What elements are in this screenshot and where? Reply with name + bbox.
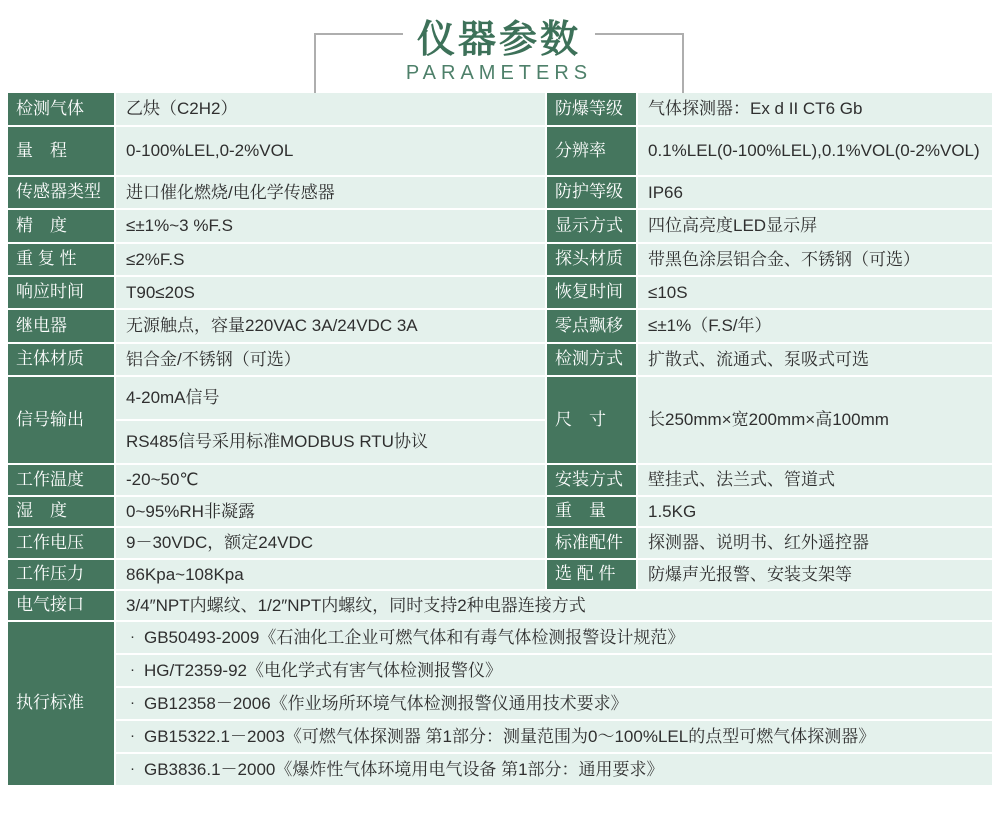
spec-value: 0.1%LEL(0-100%LEL),0.1%VOL(0-2%VOL) xyxy=(638,127,992,175)
standard-item-text: HG/T2359-92《电化学式有害气体检测报警仪》 xyxy=(144,660,502,681)
standard-item-text: GB15322.1－2003《可燃气体探测器 第1部分：测量范围为0～100%L… xyxy=(144,726,875,747)
spec-value: 0-100%LEL,0-2%VOL xyxy=(116,127,545,175)
spec-value: ≤10S xyxy=(638,277,992,308)
spec-value: ≤±1%（F.S/年） xyxy=(638,310,992,342)
spec-label: 标准配件 xyxy=(547,528,636,558)
spec-label: 恢复时间 xyxy=(547,277,636,308)
spec-label: 零点飘移 xyxy=(547,310,636,342)
spec-value: 0~95%RH非凝露 xyxy=(116,497,545,526)
spec-value-dimensions: 长250mm×宽200mm×高100mm xyxy=(638,377,992,463)
spec-value: 探测器、说明书、红外遥控器 xyxy=(638,528,992,558)
standard-item: · GB50493-2009《石油化工企业可燃气体和有毒气体检测报警设计规范》 xyxy=(116,622,992,653)
page-subtitle: PARAMETERS xyxy=(316,62,682,85)
spec-label: 量 程 xyxy=(8,127,114,175)
spec-value: 9－30VDC，额定24VDC xyxy=(116,528,545,558)
spec-label: 精 度 xyxy=(8,210,114,242)
spec-value: 86Kpa~108Kpa xyxy=(116,560,545,589)
spec-label: 检测气体 xyxy=(8,93,114,125)
spec-label: 工作压力 xyxy=(8,560,114,589)
bullet-icon: · xyxy=(130,628,135,647)
spec-value: T90≤20S xyxy=(116,277,545,308)
bullet-icon: · xyxy=(130,694,135,713)
spec-value-signal-line1: 4-20mA信号 xyxy=(116,377,545,419)
spec-value: 防爆声光报警、安装支架等 xyxy=(638,560,992,589)
bullet-icon: · xyxy=(130,661,135,680)
spec-label: 工作温度 xyxy=(8,465,114,495)
spec-value: 1.5KG xyxy=(638,497,992,526)
spec-value-signal-line2: RS485信号采用标准MODBUS RTU协议 xyxy=(116,421,545,463)
spec-value: 无源触点，容量220VAC 3A/24VDC 3A xyxy=(116,310,545,342)
standard-item-text: GB3836.1－2000《爆炸性气体环境用电气设备 第1部分：通用要求》 xyxy=(144,759,664,780)
spec-label: 继电器 xyxy=(8,310,114,342)
spec-value: 乙炔（C2H2） xyxy=(116,93,545,125)
spec-value: 壁挂式、法兰式、管道式 xyxy=(638,465,992,495)
spec-label-electrical-interface: 电气接口 xyxy=(8,591,114,620)
standard-item-text: GB12358－2006《作业场所环境气体检测报警仪通用技术要求》 xyxy=(144,693,628,714)
standard-item: · GB15322.1－2003《可燃气体探测器 第1部分：测量范围为0～100… xyxy=(116,721,992,752)
spec-value: IP66 xyxy=(638,177,992,208)
standard-item: · GB12358－2006《作业场所环境气体检测报警仪通用技术要求》 xyxy=(116,688,992,719)
spec-label: 重 复 性 xyxy=(8,244,114,275)
spec-value: 进口催化燃烧/电化学传感器 xyxy=(116,177,545,208)
spec-value: 扩散式、流通式、泵吸式可选 xyxy=(638,344,992,375)
spec-value: 四位高亮度LED显示屏 xyxy=(638,210,992,242)
spec-table: 检测气体 乙炔（C2H2） 防爆等级 气体探测器：Ex d II CT6 Gb … xyxy=(8,93,992,785)
spec-label: 防爆等级 xyxy=(547,93,636,125)
spec-value: ≤±1%~3 %F.S xyxy=(116,210,545,242)
standard-item: · HG/T2359-92《电化学式有害气体检测报警仪》 xyxy=(116,655,992,686)
spec-label: 防护等级 xyxy=(547,177,636,208)
spec-label: 探头材质 xyxy=(547,244,636,275)
spec-label-signal-output: 信号输出 xyxy=(8,377,114,463)
spec-label-standards: 执行标准 xyxy=(8,622,114,785)
spec-label: 安装方式 xyxy=(547,465,636,495)
spec-label: 响应时间 xyxy=(8,277,114,308)
spec-label: 工作电压 xyxy=(8,528,114,558)
standard-item: · GB3836.1－2000《爆炸性气体环境用电气设备 第1部分：通用要求》 xyxy=(116,754,992,785)
spec-label: 分辨率 xyxy=(547,127,636,175)
spec-label: 重 量 xyxy=(547,497,636,526)
spec-value: 带黑色涂层铝合金、不锈钢（可选） xyxy=(638,244,992,275)
spec-label: 传感器类型 xyxy=(8,177,114,208)
spec-value: ≤2%F.S xyxy=(116,244,545,275)
spec-label: 显示方式 xyxy=(547,210,636,242)
spec-label: 湿 度 xyxy=(8,497,114,526)
spec-value: 铝合金/不锈钢（可选） xyxy=(116,344,545,375)
spec-label-dimensions: 尺 寸 xyxy=(547,377,636,463)
spec-value: 气体探测器：Ex d II CT6 Gb xyxy=(638,93,992,125)
page-title: 仪器参数 xyxy=(403,8,595,63)
spec-label: 检测方式 xyxy=(547,344,636,375)
bullet-icon: · xyxy=(130,760,135,779)
parameters-header-box: 仪器参数 PARAMETERS xyxy=(314,33,684,93)
spec-label: 主体材质 xyxy=(8,344,114,375)
spec-value-electrical-interface: 3/4″NPT内螺纹、1/2″NPT内螺纹，同时支持2种电器连接方式 xyxy=(116,591,992,620)
standard-item-text: GB50493-2009《石油化工企业可燃气体和有毒气体检测报警设计规范》 xyxy=(144,627,684,648)
spec-value: -20~50℃ xyxy=(116,465,545,495)
bullet-icon: · xyxy=(130,727,135,746)
spec-label: 选 配 件 xyxy=(547,560,636,589)
